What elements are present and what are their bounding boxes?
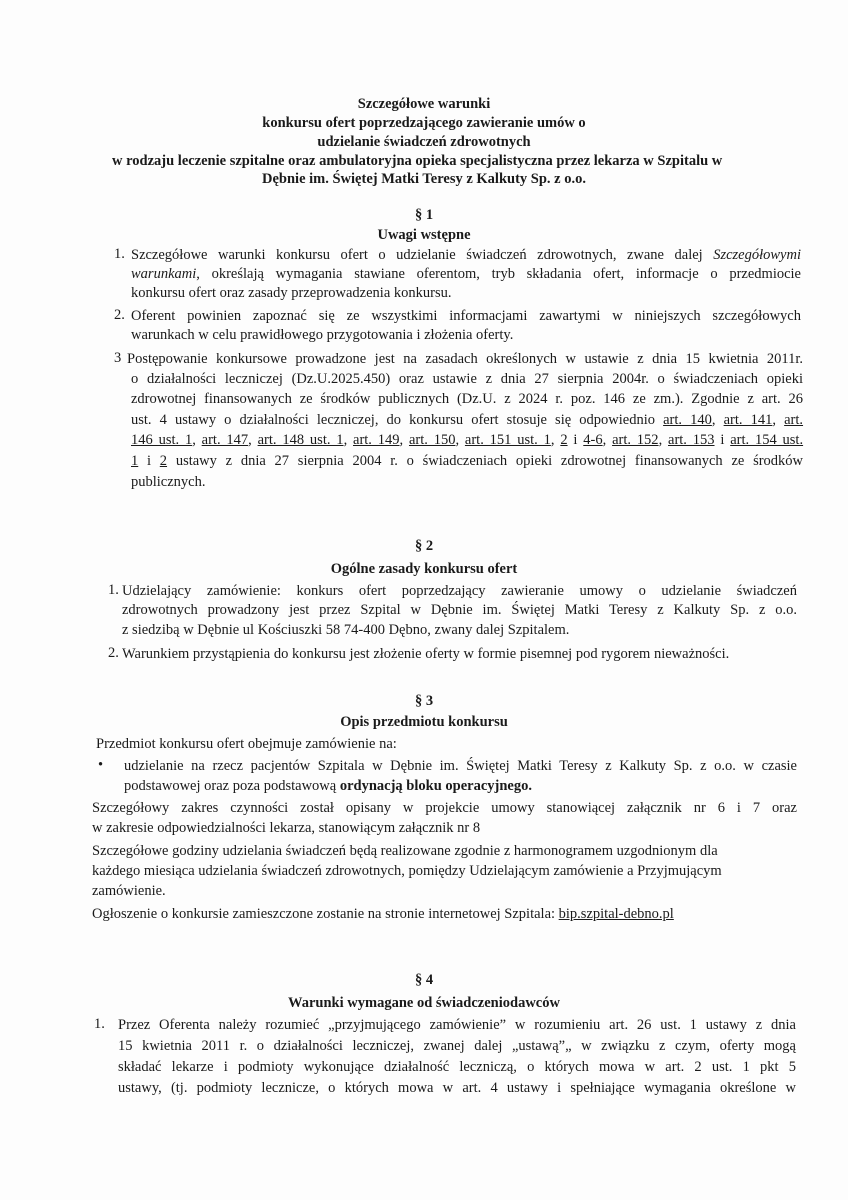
item-text-part: , określają wymagania stawiane oferentom… (196, 266, 801, 282)
link-art-151-ust-4-6[interactable]: 4-6 (583, 432, 602, 448)
link-art-152[interactable]: art. 152 (612, 432, 659, 448)
item-text-part: ust. 4 ustawy o działalności leczniczej,… (131, 412, 655, 428)
paragraph-text: zamówienie. (92, 882, 166, 901)
item-text: warunkach w celu prawidłowego przygotowa… (131, 326, 513, 345)
link-art-150[interactable]: art. 150 (409, 432, 456, 448)
doc-title-line-1: Szczegółowe warunki (0, 95, 848, 114)
doc-title-line-5: Dębnie im. Świętej Matki Teresy z Kalkut… (0, 170, 848, 189)
bullet-text-bold: ordynacją bloku operacyjnego. (340, 778, 532, 794)
section-sign-3: § 3 (0, 693, 848, 710)
bullet-text: podstawowej oraz poza podstawową ordynac… (124, 777, 532, 796)
link-art-141[interactable]: art. 141 (724, 412, 773, 428)
defined-term: Szczegółowymi (713, 247, 801, 263)
item-text: konkursu ofert oraz zasady przeprowadzen… (131, 284, 452, 303)
section-title-4: Warunki wymagane od świadczeniodawców (0, 995, 848, 1012)
defined-term: warunkami (131, 266, 196, 282)
item-text: o działalności leczniczej (Dz.U.2025.450… (131, 370, 803, 389)
item-number: 1. (114, 246, 125, 263)
bullet-icon: • (98, 757, 103, 774)
link-art-147[interactable]: art. 147 (202, 432, 249, 448)
section-title-2: Ogólne zasady konkursu ofert (0, 561, 848, 578)
paragraph-text: Szczegółowy zakres czynności został opis… (92, 799, 797, 818)
item-text: publicznych. (131, 473, 206, 492)
link-art-154-ust-1[interactable]: 1 (131, 453, 138, 469)
section-sign-1: § 1 (0, 207, 848, 224)
link-art-140[interactable]: art. 140 (663, 412, 712, 428)
item-text: ustawy, (tj. podmioty lecznicze, o który… (118, 1079, 796, 1098)
website-link[interactable]: bip.szpital-debno.pl (559, 906, 674, 922)
item-text: warunkami, określają wymagania stawiane … (131, 265, 801, 284)
item-number: 2. (114, 307, 125, 324)
link-art-146[interactable]: 146 ust. 1 (131, 432, 192, 448)
item-number: 1. (108, 582, 119, 599)
item-text: zdrowotnej finansowanych ze środków publ… (131, 390, 803, 409)
item-text: Udzielający zamówienie: konkurs ofert po… (122, 582, 797, 601)
link-art-146-prefix[interactable]: art. (784, 412, 803, 428)
item-text: Postępowanie konkursowe prowadzone jest … (127, 350, 803, 369)
item-text: Warunkiem przystąpienia do konkursu jest… (122, 645, 729, 664)
item-text: składać lekarze i podmioty wykonujące dz… (118, 1058, 796, 1077)
item-text: Przez Oferenta należy rozumieć „przyjmuj… (118, 1016, 796, 1035)
paragraph-text: Szczegółowe godziny udzielania świadczeń… (92, 842, 718, 861)
item-text: 1 i 2 ustawy z dnia 27 sierpnia 2004 r. … (131, 452, 803, 471)
item-text: 15 kwietnia 2011 r. o działalności leczn… (118, 1037, 796, 1056)
link-art-154[interactable]: art. 154 ust. (730, 432, 803, 448)
paragraph-text: Ogłoszenie o konkursie zamieszczone zost… (92, 905, 674, 924)
bullet-text-part: podstawowej oraz poza podstawową (124, 778, 336, 794)
item-number: 3 (114, 350, 121, 367)
section-title-3: Opis przedmiotu konkursu (0, 714, 848, 731)
item-text: zdrowotnych prowadzony jest przez Szpita… (122, 601, 797, 620)
document-page: Szczegółowe warunki konkursu ofert poprz… (0, 0, 848, 1200)
item-text: z siedzibą w Dębnie ul Kościuszki 58 74-… (122, 621, 569, 640)
bullet-text: udzielanie na rzecz pacjentów Szpitala w… (124, 757, 797, 776)
doc-title-line-3: udzielanie świadczeń zdrowotnych (0, 133, 848, 152)
link-art-153[interactable]: art. 153 (668, 432, 715, 448)
section-sign-2: § 2 (0, 538, 848, 555)
paragraph-text: w zakresie odpowiedzialności lekarza, st… (92, 819, 480, 838)
item-text-part: Szczegółowe warunki konkursu ofert o udz… (131, 247, 703, 263)
doc-title-line-2: konkursu ofert poprzedzającego zawierani… (0, 114, 848, 133)
doc-title-line-4: w rodzaju leczenie szpitalne oraz ambula… (112, 152, 792, 171)
section-title-1: Uwagi wstępne (0, 227, 848, 244)
item-text: ust. 4 ustawy o działalności leczniczej,… (131, 411, 803, 430)
paragraph-text-part: Ogłoszenie o konkursie zamieszczone zost… (92, 906, 555, 922)
section-sign-4: § 4 (0, 972, 848, 989)
item-text: Szczegółowe warunki konkursu ofert o udz… (131, 246, 801, 265)
item-number: 2. (108, 645, 119, 662)
item-text: Oferent powinien zapoznać się ze wszystk… (131, 307, 801, 326)
link-art-151-ust-2[interactable]: 2 (560, 432, 567, 448)
paragraph-text: każdego miesiąca udzielania świadczeń zd… (92, 862, 722, 881)
item-number: 1. (94, 1016, 105, 1033)
link-art-154-ust-2[interactable]: 2 (160, 453, 167, 469)
link-art-151[interactable]: art. 151 ust. 1 (465, 432, 551, 448)
item-text-part: ustawy z dnia 27 sierpnia 2004 r. o świa… (176, 453, 803, 469)
item-text: 146 ust. 1, art. 147, art. 148 ust. 1, a… (131, 431, 803, 450)
link-art-148[interactable]: art. 148 ust. 1 (258, 432, 344, 448)
link-art-149[interactable]: art. 149 (353, 432, 400, 448)
section-intro: Przedmiot konkursu ofert obejmuje zamówi… (96, 735, 397, 754)
